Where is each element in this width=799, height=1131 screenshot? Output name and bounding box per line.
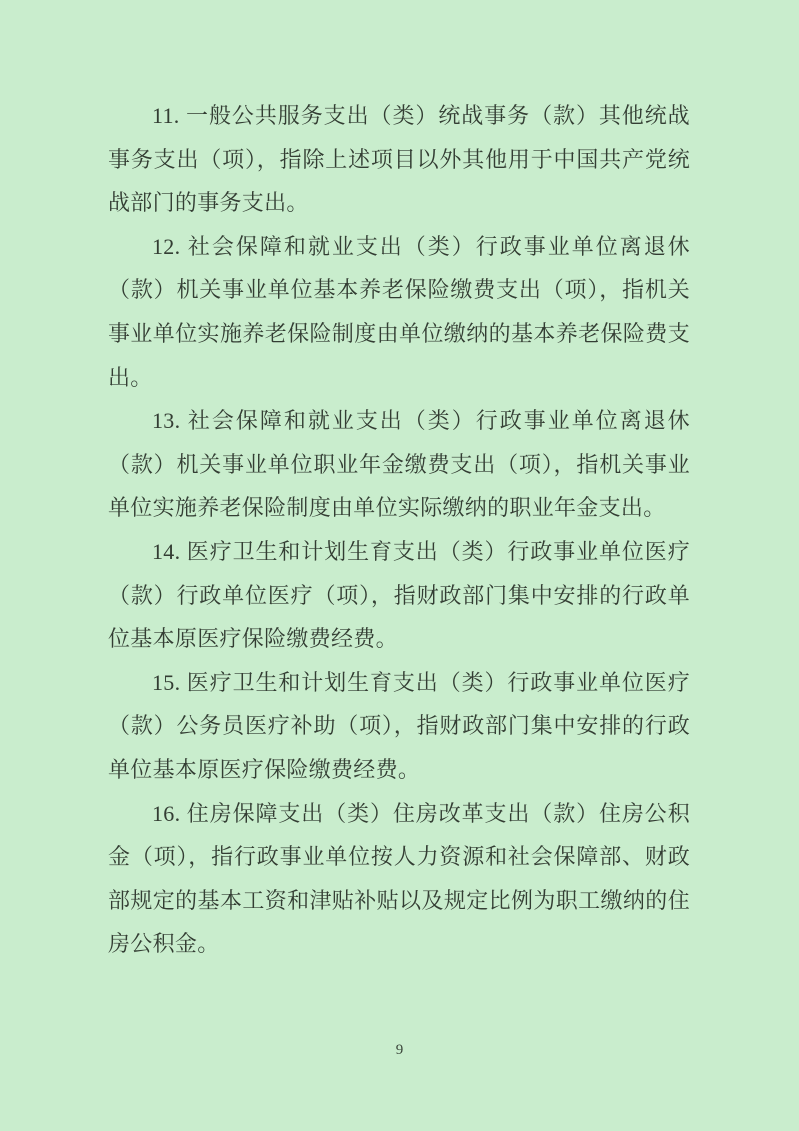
document-page: 11. 一般公共服务支出（类）统战事务（款）其他统战事务支出（项），指除上述项目… xyxy=(0,0,799,1131)
paragraph-13: 13. 社会保障和就业支出（类）行政事业单位离退休（款）机关事业单位职业年金缴费… xyxy=(108,399,690,530)
paragraph-16: 16. 住房保障支出（类）住房改革支出（款）住房公积金（项），指行政事业单位按人… xyxy=(108,792,690,966)
page-body-text: 11. 一般公共服务支出（类）统战事务（款）其他统战事务支出（项），指除上述项目… xyxy=(108,94,690,966)
paragraph-12: 12. 社会保障和就业支出（类）行政事业单位离退休（款）机关事业单位基本养老保险… xyxy=(108,225,690,399)
page-footer: 9 xyxy=(0,1041,799,1059)
paragraph-11: 11. 一般公共服务支出（类）统战事务（款）其他统战事务支出（项），指除上述项目… xyxy=(108,94,690,225)
paragraph-15: 15. 医疗卫生和计划生育支出（类）行政事业单位医疗（款）公务员医疗补助（项），… xyxy=(108,661,690,792)
paragraph-14: 14. 医疗卫生和计划生育支出（类）行政事业单位医疗（款）行政单位医疗（项），指… xyxy=(108,530,690,661)
page-number: 9 xyxy=(396,1042,404,1058)
